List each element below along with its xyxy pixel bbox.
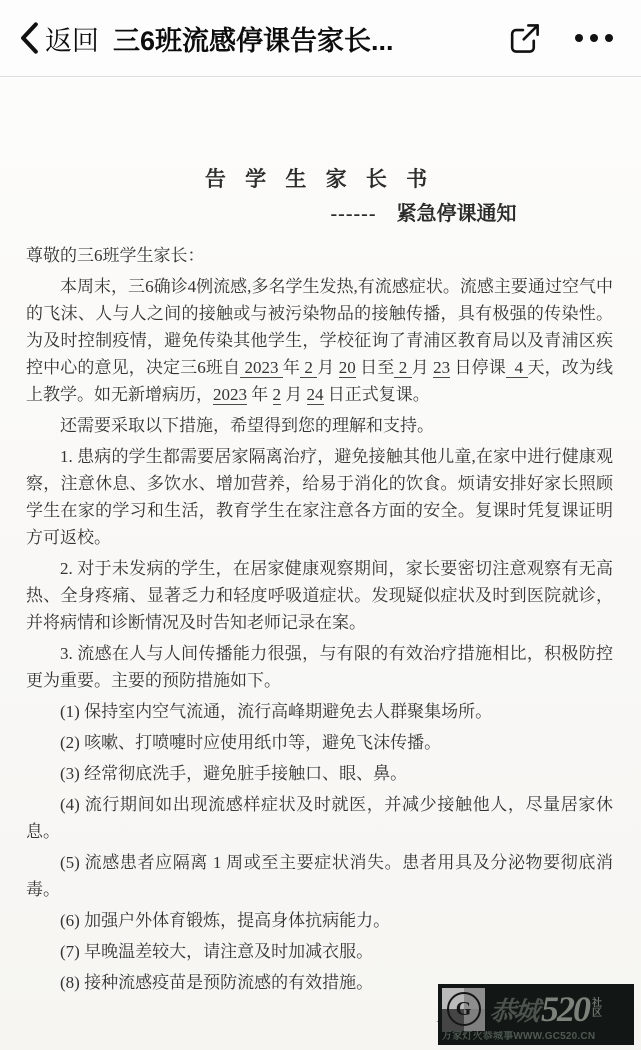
back-button[interactable]: 返回	[18, 19, 99, 58]
share-icon[interactable]	[506, 20, 543, 57]
notice-list-item: (2) 咳嗽、打喷嚏时应使用纸巾等，避免飞沫传播。	[26, 729, 613, 756]
notice-list-item: (7) 早晚温差较大，请注意及时加减衣服。	[26, 938, 613, 965]
notice-list-item: (5) 流感患者应隔离 1 周或至主要症状消失。患者用具及分泌物要彻底消毒。	[26, 849, 613, 903]
watermark-tagline: 万家灯火恭城事WWW.GC520.CN	[442, 1031, 630, 1043]
subtitle-dashes: ------	[331, 203, 377, 225]
nav-actions	[506, 20, 613, 57]
document-body: 尊敬的三6班学生家长：本周末，三6确诊4例流感,多名学生发热,有流感症状。流感主…	[26, 242, 613, 996]
back-button-label[interactable]: 返回	[45, 19, 99, 58]
notice-list-item: (3) 经常彻底洗手，避免脏手接触口、眼、鼻。	[26, 760, 613, 787]
watermark-brand: 恭城 520 社 区	[490, 991, 602, 1028]
back-chevron-icon[interactable]	[18, 21, 40, 55]
notice-list-item: (6) 加强户外体育锻炼，提高身体抗病能力。	[26, 907, 613, 934]
document-subtitle: ------紧急停课通知	[130, 200, 641, 228]
notice-paragraph: 3. 流感在人与人间传播能力很强，与有限的有效治疗措施相比，积极防控更为重要。主…	[26, 640, 613, 694]
notice-paragraph: 2. 对于未发病的学生，在居家健康观察期间，家长要密切注意观察有无高热、全身疼痛…	[26, 555, 613, 636]
watermark-brand-row: G 恭城 520 社 区	[442, 987, 630, 1031]
notice-paragraph: 本周末，三6确诊4例流感,多名学生发热,有流感症状。流感主要通过空气中的飞沫、人…	[26, 273, 613, 408]
notice-document: 告 学 生 家 长 书 ------紧急停课通知 尊敬的三6班学生家长：本周末，…	[0, 78, 641, 1050]
notice-list-item: (4) 流行期间如出现流感样症状及时就医，并减少接触他人，尽量居家休息。	[26, 791, 613, 845]
watermark-banner: G 恭城 520 社 区 万家灯火恭城事WWW.GC520.CN	[438, 984, 634, 1045]
brand-number: 520	[541, 991, 589, 1027]
brand-calligraphy: 恭城	[488, 991, 540, 1028]
page-title: 三6班流感停课告家长...	[113, 19, 506, 58]
watermark-logo-icon: G	[442, 988, 485, 1031]
community-label: 社 区	[592, 999, 602, 1019]
g-letter-icon: G	[447, 992, 481, 1026]
notice-paragraph: 还需要采取以下措施，希望得到您的理解和支持。	[26, 412, 613, 439]
document-page: 告 学 生 家 长 书 ------紧急停课通知 尊敬的三6班学生家长：本周末，…	[0, 78, 641, 1050]
notice-list-item: (1) 保持室内空气流通，流行高峰期避免去人群聚集场所。	[26, 698, 613, 725]
nav-bar: 返回 三6班流感停课告家长...	[0, 0, 641, 77]
screen: { "nav": { "back_label": "返回", "title": …	[0, 0, 641, 1050]
more-icon[interactable]	[575, 34, 613, 42]
salutation: 尊敬的三6班学生家长：	[26, 242, 613, 269]
notice-paragraph: 1. 患病的学生都需要居家隔离治疗，避免接触其他儿童,在家中进行健康观察，注意休…	[26, 443, 613, 551]
document-title: 告 学 生 家 长 书	[26, 164, 613, 194]
subtitle-text: 紧急停课通知	[396, 203, 516, 225]
